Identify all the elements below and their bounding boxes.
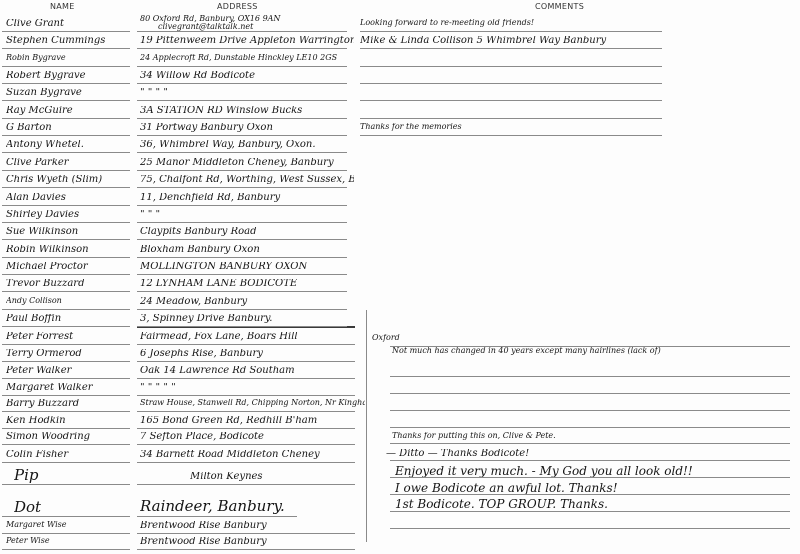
comment-rule bbox=[390, 460, 790, 461]
comment-rule bbox=[360, 48, 662, 49]
address-rule bbox=[137, 257, 347, 258]
guest-address: 19 Pittenweem Drive Appleton Warrington … bbox=[140, 36, 354, 46]
comment-rule bbox=[360, 118, 662, 119]
guest-comment: 1st Bodicote. TOP GROUP. Thanks. bbox=[395, 498, 800, 510]
guest-name: Ray McGuire bbox=[6, 106, 130, 116]
guest-comment: Enjoyed it very much. - My God you all l… bbox=[395, 465, 800, 477]
guest-address: Fairmead, Fox Lane, Boars Hill bbox=[140, 332, 365, 342]
comment-rule bbox=[360, 31, 662, 32]
address-rule bbox=[137, 187, 347, 188]
name-rule bbox=[2, 152, 130, 153]
name-rule bbox=[2, 257, 130, 258]
guest-address: 12 LYNHAM LANE BODICOTE bbox=[140, 279, 354, 289]
name-rule bbox=[2, 462, 130, 463]
name-rule bbox=[2, 291, 130, 292]
guest-name: Robin Bygrave bbox=[6, 54, 130, 62]
guest-name: Clive Grant bbox=[6, 19, 130, 29]
guest-address: " " " " bbox=[140, 88, 354, 98]
address-rule bbox=[137, 411, 355, 412]
comment-rule bbox=[390, 393, 790, 394]
guest-address: 3, Spinney Drive Banbury. bbox=[140, 314, 354, 324]
address-rule bbox=[137, 222, 347, 223]
address-rule bbox=[137, 31, 347, 32]
comment-rule bbox=[390, 528, 790, 529]
name-rule bbox=[2, 118, 130, 119]
guest-address: Raindeer, Banbury. bbox=[140, 499, 365, 514]
comment-rule bbox=[390, 494, 790, 495]
address-rule bbox=[137, 291, 347, 292]
guest-comment: Mike & Linda Collison 5 Whimbrel Way Ban… bbox=[360, 36, 660, 46]
guest-address: 3A STATION RD Winslow Bucks bbox=[140, 106, 354, 116]
guest-address: Claypits Banbury Road bbox=[140, 227, 354, 237]
comment-rule bbox=[390, 443, 790, 444]
guest-comment: Looking forward to re-meeting old friend… bbox=[360, 19, 660, 27]
name-rule bbox=[2, 205, 130, 206]
name-rule bbox=[2, 31, 130, 32]
guest-name: Antony Whetel. bbox=[6, 140, 130, 150]
guest-name: Terry Ormerod bbox=[6, 349, 130, 359]
name-rule bbox=[2, 344, 130, 345]
name-rule bbox=[2, 309, 130, 310]
guest-address: " " " " " bbox=[140, 383, 365, 393]
guest-name: Trevor Buzzard bbox=[6, 279, 130, 289]
name-rule bbox=[2, 484, 130, 485]
address-rule bbox=[137, 274, 347, 275]
guest-address: Straw House, Stanwell Rd, Chipping Norto… bbox=[140, 399, 365, 407]
address-rule bbox=[137, 428, 355, 429]
guest-address: 165 Bond Green Rd, Redhill B'ham bbox=[140, 416, 365, 426]
guest-address: Oak 14 Lawrence Rd Southam bbox=[140, 366, 365, 376]
guest-name: Pip bbox=[14, 468, 138, 483]
guest-name: Suzan Bygrave bbox=[6, 88, 130, 98]
guest-address: 31 Portway Banbury Oxon bbox=[140, 123, 354, 133]
guest-name: Clive Parker bbox=[6, 158, 130, 168]
address-rule bbox=[137, 549, 355, 550]
address-rule bbox=[137, 533, 355, 534]
name-rule bbox=[2, 378, 130, 379]
guest-address: 6 Josephs Rise, Banbury bbox=[140, 349, 365, 359]
guest-name: Ken Hodkin bbox=[6, 416, 130, 426]
comment-rule bbox=[390, 376, 790, 377]
guest-name: Andy Collison bbox=[6, 297, 130, 305]
address-rule bbox=[137, 378, 355, 379]
name-rule bbox=[2, 326, 130, 327]
guest-address: 25 Manor Middleton Cheney, Banbury bbox=[140, 158, 354, 168]
address-rule bbox=[137, 100, 347, 101]
guest-name: Robin Wilkinson bbox=[6, 245, 130, 255]
guest-name: Peter Walker bbox=[6, 366, 130, 376]
guest-email: clivegrant@talktalk.net bbox=[158, 23, 348, 31]
guest-address: 80 Oxford Rd, Banbury, OX16 9AN bbox=[140, 15, 350, 23]
guest-address: 36, Whimbrel Way, Banbury, Oxon. bbox=[140, 140, 354, 150]
name-rule bbox=[2, 66, 130, 67]
guest-name: Stephen Cummings bbox=[6, 36, 130, 46]
comment-rule bbox=[390, 427, 790, 428]
guest-name: Peter Forrest bbox=[6, 332, 130, 342]
comment-rule bbox=[360, 66, 662, 67]
guest-address: 34 Willow Rd Bodicote bbox=[140, 71, 354, 81]
guest-name: Margaret Wise bbox=[6, 521, 130, 529]
address-rule bbox=[137, 239, 347, 240]
guest-address: Brentwood Rise Banbury bbox=[140, 537, 365, 547]
name-rule bbox=[2, 395, 130, 396]
guest-comment: Thanks for putting this on, Clive & Pete… bbox=[392, 432, 797, 440]
name-rule bbox=[2, 100, 130, 101]
guest-address: " " " bbox=[140, 210, 354, 220]
guest-address: Bloxham Banbury Oxon bbox=[140, 245, 354, 255]
name-rule bbox=[2, 533, 130, 534]
name-rule bbox=[2, 411, 130, 412]
name-rule bbox=[2, 83, 130, 84]
name-rule bbox=[2, 187, 130, 188]
guest-comment: Thanks for the memories bbox=[360, 123, 660, 131]
address-rule bbox=[137, 66, 347, 67]
name-rule bbox=[2, 48, 130, 49]
address-rule bbox=[137, 135, 347, 136]
guest-address: 24 Applecroft Rd, Dunstable Hinckley LE1… bbox=[140, 54, 354, 62]
name-column-header: NAME bbox=[50, 2, 75, 11]
comments-column-border bbox=[366, 310, 367, 542]
address-rule bbox=[137, 326, 347, 327]
address-rule bbox=[137, 83, 347, 84]
guest-comment: — Ditto — Thanks Bodicote! bbox=[386, 449, 791, 459]
name-rule bbox=[2, 444, 130, 445]
guest-comment: I owe Bodicote an awful lot. Thanks! bbox=[395, 482, 800, 494]
comments-column-header: COMMENTS bbox=[535, 2, 584, 11]
comment-rule bbox=[360, 83, 662, 84]
address-rule bbox=[137, 361, 355, 362]
guest-name: Alan Davies bbox=[6, 193, 130, 203]
comment-rule bbox=[390, 410, 790, 411]
guest-name: Michael Proctor bbox=[6, 262, 130, 272]
address-rule bbox=[137, 118, 347, 119]
name-rule bbox=[2, 428, 130, 429]
guest-address: 24 Meadow, Banbury bbox=[140, 297, 354, 307]
address-rule bbox=[137, 484, 355, 485]
guest-name: Dot bbox=[14, 500, 138, 515]
guest-name: Colin Fisher bbox=[6, 450, 130, 460]
guest-comment: Oxford bbox=[372, 334, 777, 342]
guest-address: 7 Sefton Place, Bodicote bbox=[140, 432, 365, 442]
comment-rule bbox=[390, 511, 790, 512]
comment-rule bbox=[360, 135, 662, 136]
address-rule bbox=[137, 444, 355, 445]
name-rule bbox=[2, 239, 130, 240]
comment-rule bbox=[390, 477, 790, 478]
guest-address: Milton Keynes bbox=[190, 472, 415, 482]
address-column-header: ADDRESS bbox=[217, 2, 258, 11]
address-rule bbox=[137, 309, 347, 310]
guest-address: Brentwood Rise Banbury bbox=[140, 521, 365, 531]
name-rule bbox=[2, 516, 130, 517]
name-rule bbox=[2, 274, 130, 275]
guest-name: Simon Woodring bbox=[6, 432, 130, 442]
name-rule bbox=[2, 361, 130, 362]
address-rule bbox=[137, 152, 347, 153]
name-rule bbox=[2, 170, 130, 171]
name-rule bbox=[2, 135, 130, 136]
guest-name: Chris Wyeth (Slim) bbox=[6, 175, 130, 185]
guest-name: Sue Wilkinson bbox=[6, 227, 130, 237]
address-rule bbox=[137, 48, 347, 49]
comment-rule bbox=[360, 100, 662, 101]
address-rule bbox=[137, 170, 347, 171]
guest-name: G Barton bbox=[6, 123, 130, 133]
guest-address: 11, Denchfield Rd, Banbury bbox=[140, 193, 354, 203]
guest-name: Peter Wise bbox=[6, 537, 130, 545]
guest-address: 75, Chalfont Rd, Worthing, West Sussex, … bbox=[140, 175, 354, 185]
name-rule bbox=[2, 549, 130, 550]
address-rule bbox=[137, 462, 355, 463]
guest-name: Barry Buzzard bbox=[6, 399, 130, 409]
address-rule bbox=[137, 205, 347, 206]
guest-address: 34 Barnett Road Middleton Cheney bbox=[140, 450, 365, 460]
address-rule bbox=[137, 395, 355, 396]
guest-name: Margaret Walker bbox=[6, 383, 130, 393]
guest-name: Paul Boffin bbox=[6, 314, 130, 324]
guest-address: MOLLINGTON BANBURY OXON bbox=[140, 262, 354, 272]
guest-name: Shirley Davies bbox=[6, 210, 130, 220]
address-rule bbox=[137, 516, 297, 517]
name-rule bbox=[2, 222, 130, 223]
address-rule bbox=[137, 344, 355, 345]
guest-name: Robert Bygrave bbox=[6, 71, 130, 81]
guest-comment: Not much has changed in 40 years except … bbox=[392, 347, 797, 355]
